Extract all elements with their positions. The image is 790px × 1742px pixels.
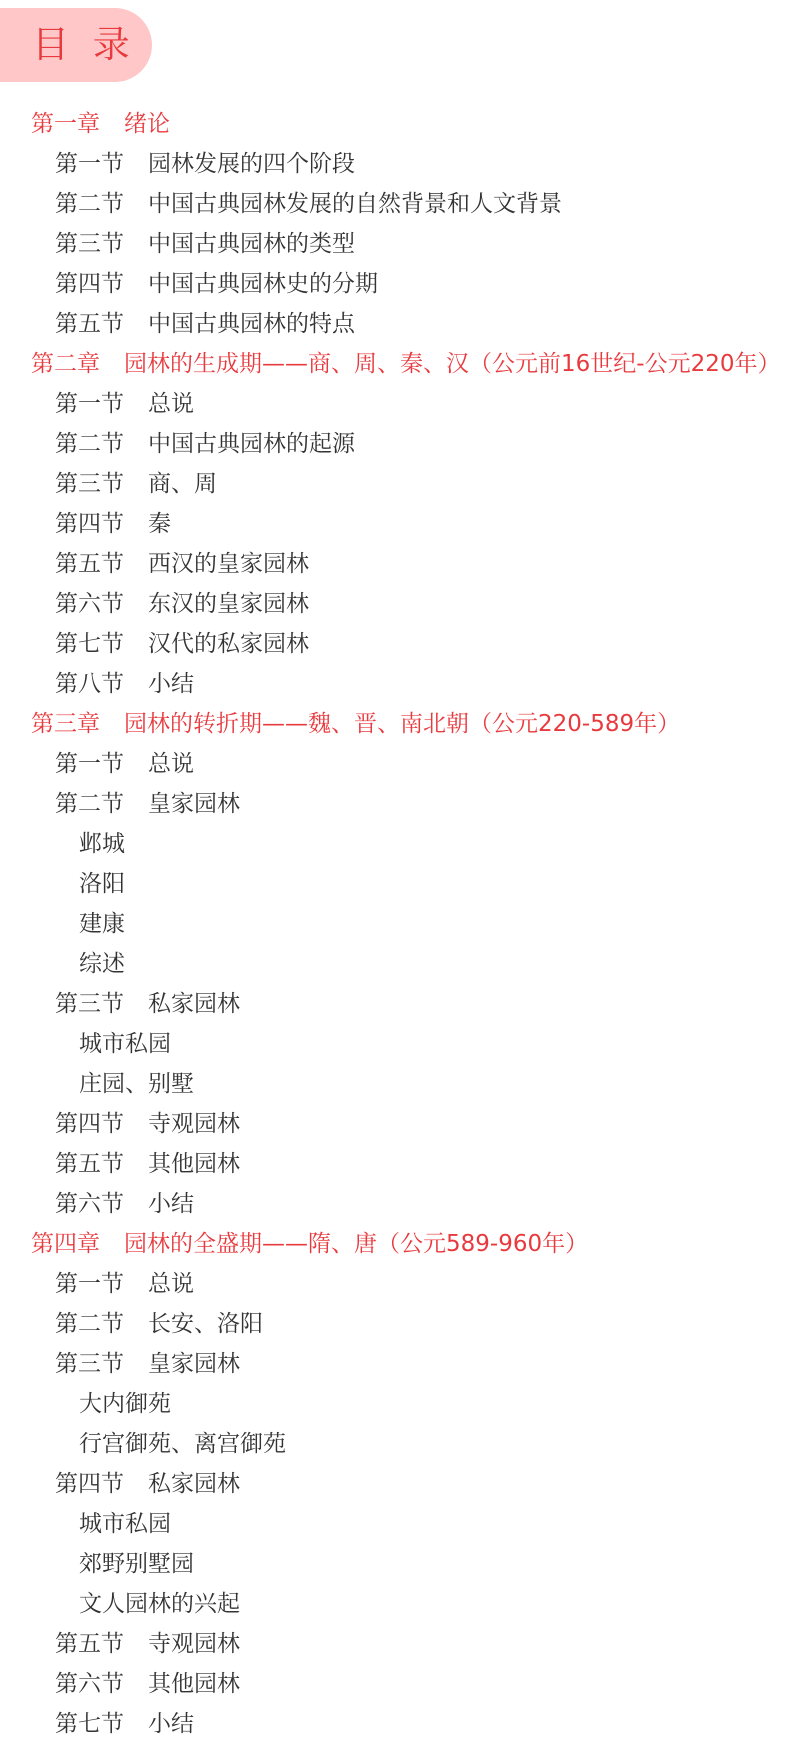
toc-number: 第四节 — [55, 1471, 124, 1497]
toc-title-text: 庄园、别墅 — [79, 1071, 194, 1097]
toc-section[interactable]: 第五节西汉的皇家园林 — [0, 544, 790, 584]
toc-section[interactable]: 第一节总说 — [0, 384, 790, 424]
toc-title-text: 汉代的私家园林 — [148, 631, 309, 657]
toc-title-text: 园林发展的四个阶段 — [148, 151, 355, 177]
toc-number: 第二节 — [55, 791, 124, 817]
toc-section[interactable]: 第七节小结 — [0, 1704, 790, 1742]
toc-chapter[interactable]: 第二章园林的生成期——商、周、秦、汉（公元前16世纪-公元220年） — [0, 344, 790, 384]
toc-sub[interactable]: 文人园林的兴起 — [0, 1584, 790, 1624]
toc-title-text: 城市私园 — [79, 1511, 171, 1537]
toc-number: 第四节 — [55, 1111, 124, 1137]
toc-section[interactable]: 第一节总说 — [0, 744, 790, 784]
toc-sub[interactable]: 郊野别墅园 — [0, 1544, 790, 1584]
toc-title-text: 总说 — [148, 1271, 194, 1297]
toc-chapter[interactable]: 第三章园林的转折期——魏、晋、南北朝（公元220-589年） — [0, 704, 790, 744]
toc-title: 目 录 — [32, 22, 136, 68]
toc-title-text: 小结 — [148, 1711, 194, 1737]
toc-sub[interactable]: 邺城 — [0, 824, 790, 864]
toc-number: 第一节 — [55, 151, 124, 177]
toc-title-text: 文人园林的兴起 — [79, 1591, 240, 1617]
toc-number: 第二节 — [55, 191, 124, 217]
toc-number: 第六节 — [55, 1671, 124, 1697]
toc-title-text: 邺城 — [79, 831, 125, 857]
toc-number: 第七节 — [55, 631, 124, 657]
toc-number: 第二节 — [55, 431, 124, 457]
toc-title-text: 大内御苑 — [79, 1391, 171, 1417]
toc-title-text: 郊野别墅园 — [79, 1551, 194, 1577]
toc-number: 第一节 — [55, 1271, 124, 1297]
toc-section[interactable]: 第二节皇家园林 — [0, 784, 790, 824]
toc-title-text: 私家园林 — [148, 1471, 240, 1497]
toc-sub[interactable]: 洛阳 — [0, 864, 790, 904]
toc-title-text: 园林的全盛期——隋、唐（公元589-960年） — [124, 1231, 588, 1257]
toc-title-text: 建康 — [79, 911, 125, 937]
toc-section[interactable]: 第一节园林发展的四个阶段 — [0, 144, 790, 184]
toc-title-text: 寺观园林 — [148, 1631, 240, 1657]
toc-title-text: 中国古典园林史的分期 — [148, 271, 378, 297]
toc-title-text: 园林的生成期——商、周、秦、汉（公元前16世纪-公元220年） — [124, 351, 780, 377]
toc-number: 第一节 — [55, 391, 124, 417]
toc-sub[interactable]: 建康 — [0, 904, 790, 944]
toc-section[interactable]: 第二节中国古典园林发展的自然背景和人文背景 — [0, 184, 790, 224]
toc-title-text: 其他园林 — [148, 1151, 240, 1177]
toc-section[interactable]: 第六节小结 — [0, 1184, 790, 1224]
toc-title-text: 中国古典园林的特点 — [148, 311, 355, 337]
toc-number: 第八节 — [55, 671, 124, 697]
toc-chapter[interactable]: 第四章园林的全盛期——隋、唐（公元589-960年） — [0, 1224, 790, 1264]
toc-number: 第三节 — [55, 471, 124, 497]
toc-section[interactable]: 第八节小结 — [0, 664, 790, 704]
toc-number: 第四节 — [55, 271, 124, 297]
toc-sub[interactable]: 城市私园 — [0, 1024, 790, 1064]
toc-title-text: 寺观园林 — [148, 1111, 240, 1137]
toc-section[interactable]: 第一节总说 — [0, 1264, 790, 1304]
toc-number: 第四节 — [55, 511, 124, 537]
toc-number: 第四章 — [31, 1231, 100, 1257]
toc-section[interactable]: 第五节中国古典园林的特点 — [0, 304, 790, 344]
toc-sub[interactable]: 大内御苑 — [0, 1384, 790, 1424]
toc-sub[interactable]: 庄园、别墅 — [0, 1064, 790, 1104]
toc-number: 第一章 — [31, 111, 100, 137]
toc-number: 第三章 — [31, 711, 100, 737]
toc-title-text: 中国古典园林的起源 — [148, 431, 355, 457]
toc-section[interactable]: 第五节寺观园林 — [0, 1624, 790, 1664]
table-of-contents: 第一章绪论第一节园林发展的四个阶段第二节中国古典园林发展的自然背景和人文背景第三… — [0, 104, 790, 1742]
toc-title-text: 其他园林 — [148, 1671, 240, 1697]
toc-title-text: 东汉的皇家园林 — [148, 591, 309, 617]
toc-number: 第二章 — [31, 351, 100, 377]
toc-section[interactable]: 第四节寺观园林 — [0, 1104, 790, 1144]
toc-title-text: 皇家园林 — [148, 1351, 240, 1377]
toc-number: 第七节 — [55, 1711, 124, 1737]
toc-section[interactable]: 第四节中国古典园林史的分期 — [0, 264, 790, 304]
toc-section[interactable]: 第六节其他园林 — [0, 1664, 790, 1704]
toc-title-text: 西汉的皇家园林 — [148, 551, 309, 577]
toc-section[interactable]: 第四节私家园林 — [0, 1464, 790, 1504]
toc-title-text: 皇家园林 — [148, 791, 240, 817]
toc-number: 第二节 — [55, 1311, 124, 1337]
toc-title-text: 秦 — [148, 511, 171, 537]
toc-section[interactable]: 第三节私家园林 — [0, 984, 790, 1024]
toc-title-text: 综述 — [79, 951, 125, 977]
toc-sub[interactable]: 行宫御苑、离宫御苑 — [0, 1424, 790, 1464]
toc-section[interactable]: 第五节其他园林 — [0, 1144, 790, 1184]
toc-title-text: 小结 — [148, 671, 194, 697]
toc-section[interactable]: 第六节东汉的皇家园林 — [0, 584, 790, 624]
toc-number: 第三节 — [55, 991, 124, 1017]
toc-section[interactable]: 第三节商、周 — [0, 464, 790, 504]
toc-header-pill: 目 录 — [0, 8, 152, 82]
toc-section[interactable]: 第三节中国古典园林的类型 — [0, 224, 790, 264]
toc-number: 第五节 — [55, 1631, 124, 1657]
toc-title-text: 洛阳 — [79, 871, 125, 897]
toc-number: 第六节 — [55, 591, 124, 617]
toc-section[interactable]: 第二节中国古典园林的起源 — [0, 424, 790, 464]
toc-sub[interactable]: 综述 — [0, 944, 790, 984]
toc-title-text: 城市私园 — [79, 1031, 171, 1057]
toc-number: 第三节 — [55, 1351, 124, 1377]
toc-title-text: 长安、洛阳 — [148, 1311, 263, 1337]
toc-number: 第五节 — [55, 1151, 124, 1177]
toc-title-text: 中国古典园林发展的自然背景和人文背景 — [148, 191, 562, 217]
toc-number: 第一节 — [55, 751, 124, 777]
toc-number: 第三节 — [55, 231, 124, 257]
toc-number: 第五节 — [55, 551, 124, 577]
toc-section[interactable]: 第二节长安、洛阳 — [0, 1304, 790, 1344]
toc-section[interactable]: 第七节汉代的私家园林 — [0, 624, 790, 664]
toc-title-text: 总说 — [148, 391, 194, 417]
toc-title-text: 绪论 — [124, 111, 170, 137]
toc-title-text: 小结 — [148, 1191, 194, 1217]
toc-title-text: 商、周 — [148, 471, 217, 497]
toc-section[interactable]: 第四节秦 — [0, 504, 790, 544]
toc-chapter[interactable]: 第一章绪论 — [0, 104, 790, 144]
toc-number: 第五节 — [55, 311, 124, 337]
toc-title-text: 行宫御苑、离宫御苑 — [79, 1431, 286, 1457]
toc-title-text: 中国古典园林的类型 — [148, 231, 355, 257]
toc-number: 第六节 — [55, 1191, 124, 1217]
toc-title-text: 私家园林 — [148, 991, 240, 1017]
toc-sub[interactable]: 城市私园 — [0, 1504, 790, 1544]
toc-title-text: 园林的转折期——魏、晋、南北朝（公元220-589年） — [124, 711, 680, 737]
toc-title-text: 总说 — [148, 751, 194, 777]
toc-section[interactable]: 第三节皇家园林 — [0, 1344, 790, 1384]
